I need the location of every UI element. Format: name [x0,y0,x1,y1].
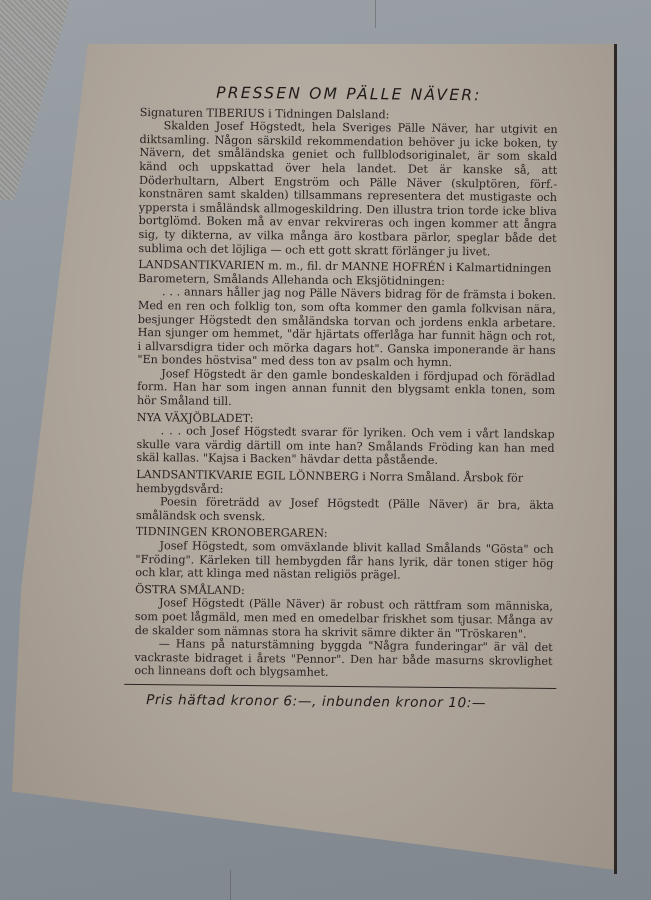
review-source: LANDSANTIKVARIEN m. m., fil. dr MANNE HO… [138,258,556,289]
review-paragraph: Josef Högstedt, som omväxlande blivit ka… [135,539,553,584]
review-source: LANDSANTIKVARIE EGIL LÖNNBERG i Norra Sm… [136,468,554,499]
review-paragraph: . . . annars håller jag nog Pälle Nävers… [137,285,556,371]
review-paragraph: Poesin företrädd av Josef Högstedt (Päll… [136,495,554,526]
divider-rule [124,684,556,689]
review-hofren: LANDSANTIKVARIEN m. m., fil. dr MANNE HO… [137,258,556,412]
review-paragraph: Josef Högstedt är den gamle bondeskalden… [137,367,555,412]
review-paragraph: . . . och Josef Högstedt svarar för lyri… [136,424,554,469]
surface-crease [230,870,231,900]
surface-crease [375,0,376,28]
review-paragraph: Josef Högstedt (Pälle Näver) är robust o… [135,596,553,641]
cover-text-block: PRESSEN OM PÄLLE NÄVER: Signaturen TIBER… [134,86,558,712]
review-kronobergaren: TIDNINGEN KRONOBERGAREN: Josef Högstedt,… [135,525,554,583]
review-lonnberg: LANDSANTIKVARIE EGIL LÖNNBERG i Norra Sm… [136,468,555,526]
review-tiberius: Signaturen TIBERIUS i Tidningen Dalsland… [138,106,557,260]
review-paragraph: Skalden Josef Högstedt, hela Sveriges Pä… [138,119,557,259]
review-ostra-smaland: ÖSTRA SMÅLAND: Josef Högstedt (Pälle Näv… [134,583,553,682]
review-nya-vaxjobladet: NYA VÄXJÖBLADET: . . . och Josef Högsted… [136,411,555,469]
fabric-background [0,0,70,200]
cover-spine-edge [614,44,617,874]
review-paragraph: — Hans på naturstämning byggda "Några fu… [134,637,552,682]
cover-title: PRESSEN OM PÄLLE NÄVER: [140,86,558,104]
